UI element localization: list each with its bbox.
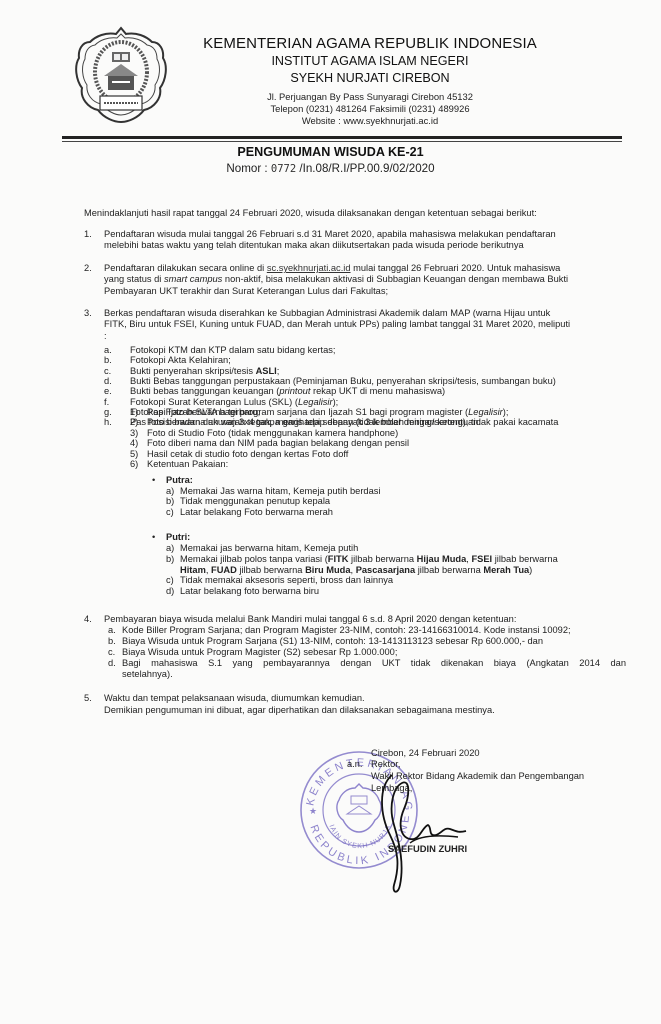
- letterhead-divider-thin: [62, 141, 622, 142]
- text: ;: [277, 366, 280, 376]
- item-1-line: Pendaftaran wisuda mulai tanggal 26 Febr…: [104, 229, 626, 240]
- text: mulai tanggal 26 Februari 2020. Untuk ma…: [351, 263, 561, 273]
- svg-text:★: ★: [309, 806, 317, 816]
- bold-text: Merah Tua: [483, 565, 529, 575]
- letterhead: KEMENTERIAN AGAMA REPUBLIK INDONESIA INS…: [170, 35, 570, 128]
- bold-text: Hijau Muda: [417, 554, 467, 564]
- italic-text: Legalisir: [298, 397, 333, 407]
- payment-rule: Kode Biller Program Sarjana; dan Program…: [122, 625, 626, 636]
- website: Website : www.syekhnurjati.ac.id: [170, 115, 570, 127]
- payment-rule: Biaya Wisuda untuk Program Magister (S2)…: [122, 647, 626, 658]
- list-marker: d): [166, 586, 174, 597]
- item-number: 5.: [84, 693, 92, 704]
- bold-text: FITK: [328, 554, 349, 564]
- institute-name: INSTITUT AGAMA ISLAM NEGERI: [170, 54, 570, 69]
- intro-paragraph: Menindaklanjuti hasil rapat tanggal 24 F…: [84, 208, 626, 219]
- item-number: 4.: [84, 614, 92, 625]
- list-marker: b): [166, 554, 174, 565]
- italic-text: printout: [279, 386, 310, 396]
- text: Bukti bebas tanggungan keuangan (: [130, 386, 279, 396]
- bold-text: FSEI: [471, 554, 492, 564]
- bullet: •: [152, 475, 155, 486]
- list-marker: c): [166, 575, 174, 586]
- closing-text: Demikian pengumuman ini dibuat, agar dip…: [104, 705, 626, 716]
- text: non-aktif, bisa melakukan aktivasi di Su…: [222, 274, 568, 284]
- text: yang status di: [104, 274, 164, 284]
- italic-text: Legalisir: [468, 407, 503, 417]
- list-marker: b.: [108, 636, 116, 647]
- list-marker: c.: [108, 647, 115, 658]
- putri-rule: Latar belakang foto berwarna biru: [180, 586, 620, 597]
- putra-label: Putra:: [166, 475, 193, 486]
- text: jilbab berwarna: [237, 565, 305, 575]
- putra-rule: Latar belakang Foto berwarna merah: [180, 507, 620, 518]
- item-number: 2.: [84, 263, 92, 274]
- document-number: Nomor : 0772 /In.08/R.I/PP.00.9/02/2020: [0, 162, 661, 176]
- item-number: 3.: [84, 308, 92, 319]
- item-4-text: Pembayaran biaya wisuda melalui Bank Man…: [104, 614, 626, 625]
- institution-emblem-icon: [74, 26, 168, 126]
- photo-rule: Ketentuan Pakaian:: [147, 459, 228, 470]
- place-date: Cirebon, 24 Februari 2020: [371, 748, 480, 759]
- text: Pendaftaran dilakukan secara online di: [104, 263, 267, 273]
- text: jilbab berwarna: [492, 554, 558, 564]
- nomor-label: Nomor :: [226, 162, 267, 175]
- list-marker: a.: [108, 625, 116, 636]
- phone: Telepon (0231) 481264 Faksimili (0231) 4…: [170, 103, 570, 115]
- payment-rule: Bagi mahasiswa S.1 yang pembayarannya de…: [122, 658, 626, 669]
- text: jilbab berwarna: [415, 565, 483, 575]
- bold-text: Biru Muda: [305, 565, 350, 575]
- text: );: [503, 407, 509, 417]
- registration-link[interactable]: sc.syekhnurjati.ac.id: [267, 263, 351, 273]
- item-2-text: Pendaftaran dilakukan secara online di s…: [104, 263, 626, 297]
- bold-text: Hitam: [180, 565, 206, 575]
- nomor-handwritten-number: 0772: [271, 163, 296, 175]
- bold-text: Pascasarjana: [356, 565, 415, 575]
- putri-rule: Tidak memakai aksesoris seperti, bross d…: [180, 575, 620, 586]
- text: Berkas pendaftaran wisuda diserahkan ke …: [104, 308, 626, 319]
- list-marker: d.: [108, 658, 116, 669]
- payment-rule: Biaya Wisuda untuk Program Sarjana (S1) …: [122, 636, 626, 647]
- nomor-suffix: /In.08/R.I/PP.00.9/02/2020: [299, 162, 434, 175]
- list-marker: c): [166, 507, 174, 518]
- list-marker: a): [166, 543, 174, 554]
- item-1-line: melebihi batas waktu yang telah ditentuk…: [104, 240, 626, 251]
- text: ): [529, 565, 532, 575]
- handwritten-signature-icon: [370, 765, 480, 900]
- text: Memakai jilbab polos tanpa variasi (: [180, 554, 328, 564]
- text: );: [333, 397, 339, 407]
- bold-text: ASLI: [256, 366, 277, 376]
- letterhead-divider-thick: [62, 136, 622, 139]
- text: Bukti penyerahan skripsi/tesis: [130, 366, 256, 376]
- italic-text: smart campus: [164, 274, 222, 284]
- list-marker: 6): [130, 459, 138, 470]
- putri-rule: Memakai jilbab polos tanpa variasi (FITK…: [180, 554, 618, 577]
- item-1-text: Pendaftaran wisuda mulai tanggal 26 Febr…: [104, 229, 626, 252]
- putri-rule: Memakai jas berwarna hitam, Kemeja putih: [180, 543, 620, 554]
- text: FITK, Biru untuk FSEI, Kuning untuk FUAD…: [104, 319, 626, 330]
- list-marker: h.: [104, 417, 112, 428]
- address: Jl. Perjuangan By Pass Sunyaragi Cirebon…: [170, 91, 570, 103]
- text: Pembayaran UKT terakhir dan Surat Ketera…: [104, 286, 626, 297]
- document-title: PENGUMUMAN WISUDA KE-21: [0, 145, 661, 160]
- item-3-text: Berkas pendaftaran wisuda diserahkan ke …: [104, 308, 626, 342]
- text: rekap UKT di menu mahasiswa): [310, 386, 445, 396]
- putri-label: Putri:: [166, 532, 190, 543]
- bold-text: FUAD: [211, 565, 237, 575]
- signatory-name: SAEFUDIN ZUHRI: [388, 843, 467, 854]
- bullet: •: [152, 532, 155, 543]
- item-5-text: Waktu dan tempat pelaksanaan wisuda, diu…: [104, 693, 626, 704]
- text: jilbab berwarna: [348, 554, 416, 564]
- text: Fotokopi Surat Keterangan Lulus (SKL) (: [130, 397, 298, 407]
- ministry-name: KEMENTERIAN AGAMA REPUBLIK INDONESIA: [170, 35, 570, 53]
- payment-rule-cont: setelahnya).: [122, 669, 173, 680]
- item-number: 1.: [84, 229, 92, 240]
- atas-nama: a.n.: [347, 759, 363, 770]
- text: :: [104, 331, 626, 342]
- campus-name: SYEKH NURJATI CIREBON: [170, 71, 570, 86]
